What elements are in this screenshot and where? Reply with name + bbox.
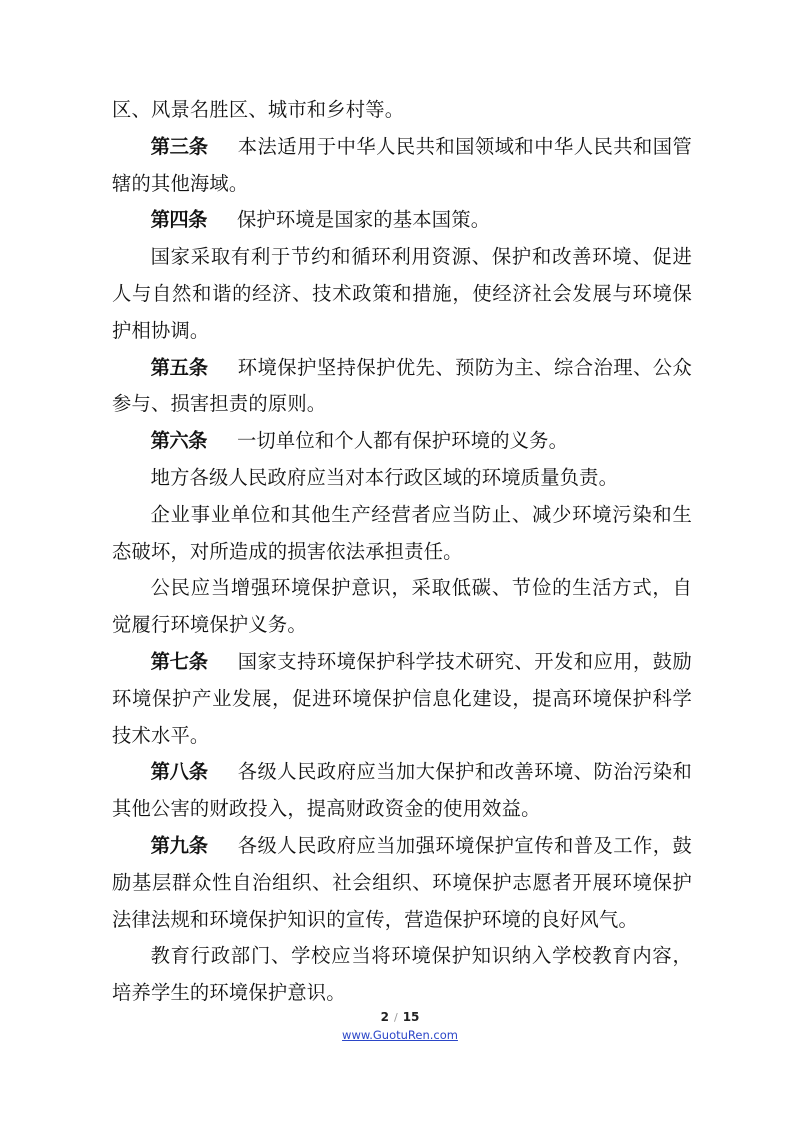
article-number: 第九条 — [151, 834, 208, 857]
website-link[interactable]: www.GuotuRen.com — [342, 1028, 458, 1042]
article-8: 第八条各级人民政府应当加大保护和改善环境、防治污染和其他公害的财政投入，提高财政… — [112, 754, 692, 828]
paragraph-text: 公民应当增强环境保护意识，采取低碳、节俭的生活方式，自觉履行环境保护义务。 — [112, 576, 692, 636]
total-pages: 15 — [403, 1010, 420, 1024]
article-5: 第五条环境保护坚持保护优先、预防为主、综合治理、公众参与、损害担责的原则。 — [112, 350, 692, 424]
article-3: 第三条本法适用于中华人民共和国领域和中华人民共和国管辖的其他海域。 — [112, 129, 692, 203]
article-6: 第六条一切单位和个人都有保护环境的义务。 — [112, 423, 692, 460]
paragraph: 公民应当增强环境保护意识，采取低碳、节俭的生活方式，自觉履行环境保护义务。 — [112, 570, 692, 644]
paragraph-text: 国家采取有利于节约和循环利用资源、保护和改善环境、促进人与自然和谐的经济、技术政… — [112, 245, 692, 342]
article-number: 第七条 — [151, 650, 208, 673]
paragraph: 企业事业单位和其他生产经营者应当防止、减少环境污染和生态破坏，对所造成的损害依法… — [112, 497, 692, 571]
article-9: 第九条各级人民政府应当加强环境保护宣传和普及工作，鼓励基层群众性自治组织、社会组… — [112, 828, 692, 938]
current-page: 2 — [381, 1010, 389, 1024]
paragraph-text: 区、风景名胜区、城市和乡村等。 — [112, 98, 404, 121]
article-4: 第四条保护环境是国家的基本国策。 — [112, 202, 692, 239]
article-number: 第八条 — [151, 760, 208, 783]
paragraph-text: 教育行政部门、学校应当将环境保护知识纳入学校教育内容，培养学生的环境保护意识。 — [112, 944, 692, 1004]
paragraph: 地方各级人民政府应当对本行政区域的环境质量负责。 — [112, 460, 692, 497]
paragraph-text: 保护环境是国家的基本国策。 — [237, 208, 490, 231]
paragraph: 国家采取有利于节约和循环利用资源、保护和改善环境、促进人与自然和谐的经济、技术政… — [112, 239, 692, 349]
article-number: 第六条 — [151, 429, 207, 452]
article-number: 第四条 — [151, 208, 207, 231]
paragraph-text: 地方各级人民政府应当对本行政区域的环境质量负责。 — [151, 466, 619, 489]
page-number: 2/15 — [0, 1010, 800, 1024]
page-separator: / — [394, 1011, 398, 1024]
page-footer: 2/15 www.GuotuRen.com — [0, 1010, 800, 1043]
paragraph-text: 一切单位和个人都有保护环境的义务。 — [237, 429, 568, 452]
paragraph-text: 企业事业单位和其他生产经营者应当防止、减少环境污染和生态破坏，对所造成的损害依法… — [112, 503, 692, 563]
paragraph: 教育行政部门、学校应当将环境保护知识纳入学校教育内容，培养学生的环境保护意识。 — [112, 938, 692, 1012]
paragraph: 区、风景名胜区、城市和乡村等。 — [112, 92, 692, 129]
article-number: 第五条 — [151, 356, 208, 379]
article-number: 第三条 — [151, 135, 208, 158]
document-page: 区、风景名胜区、城市和乡村等。 第三条本法适用于中华人民共和国领域和中华人民共和… — [112, 92, 692, 1012]
article-7: 第七条国家支持环境保护科学技术研究、开发和应用，鼓励环境保护产业发展，促进环境保… — [112, 644, 692, 754]
